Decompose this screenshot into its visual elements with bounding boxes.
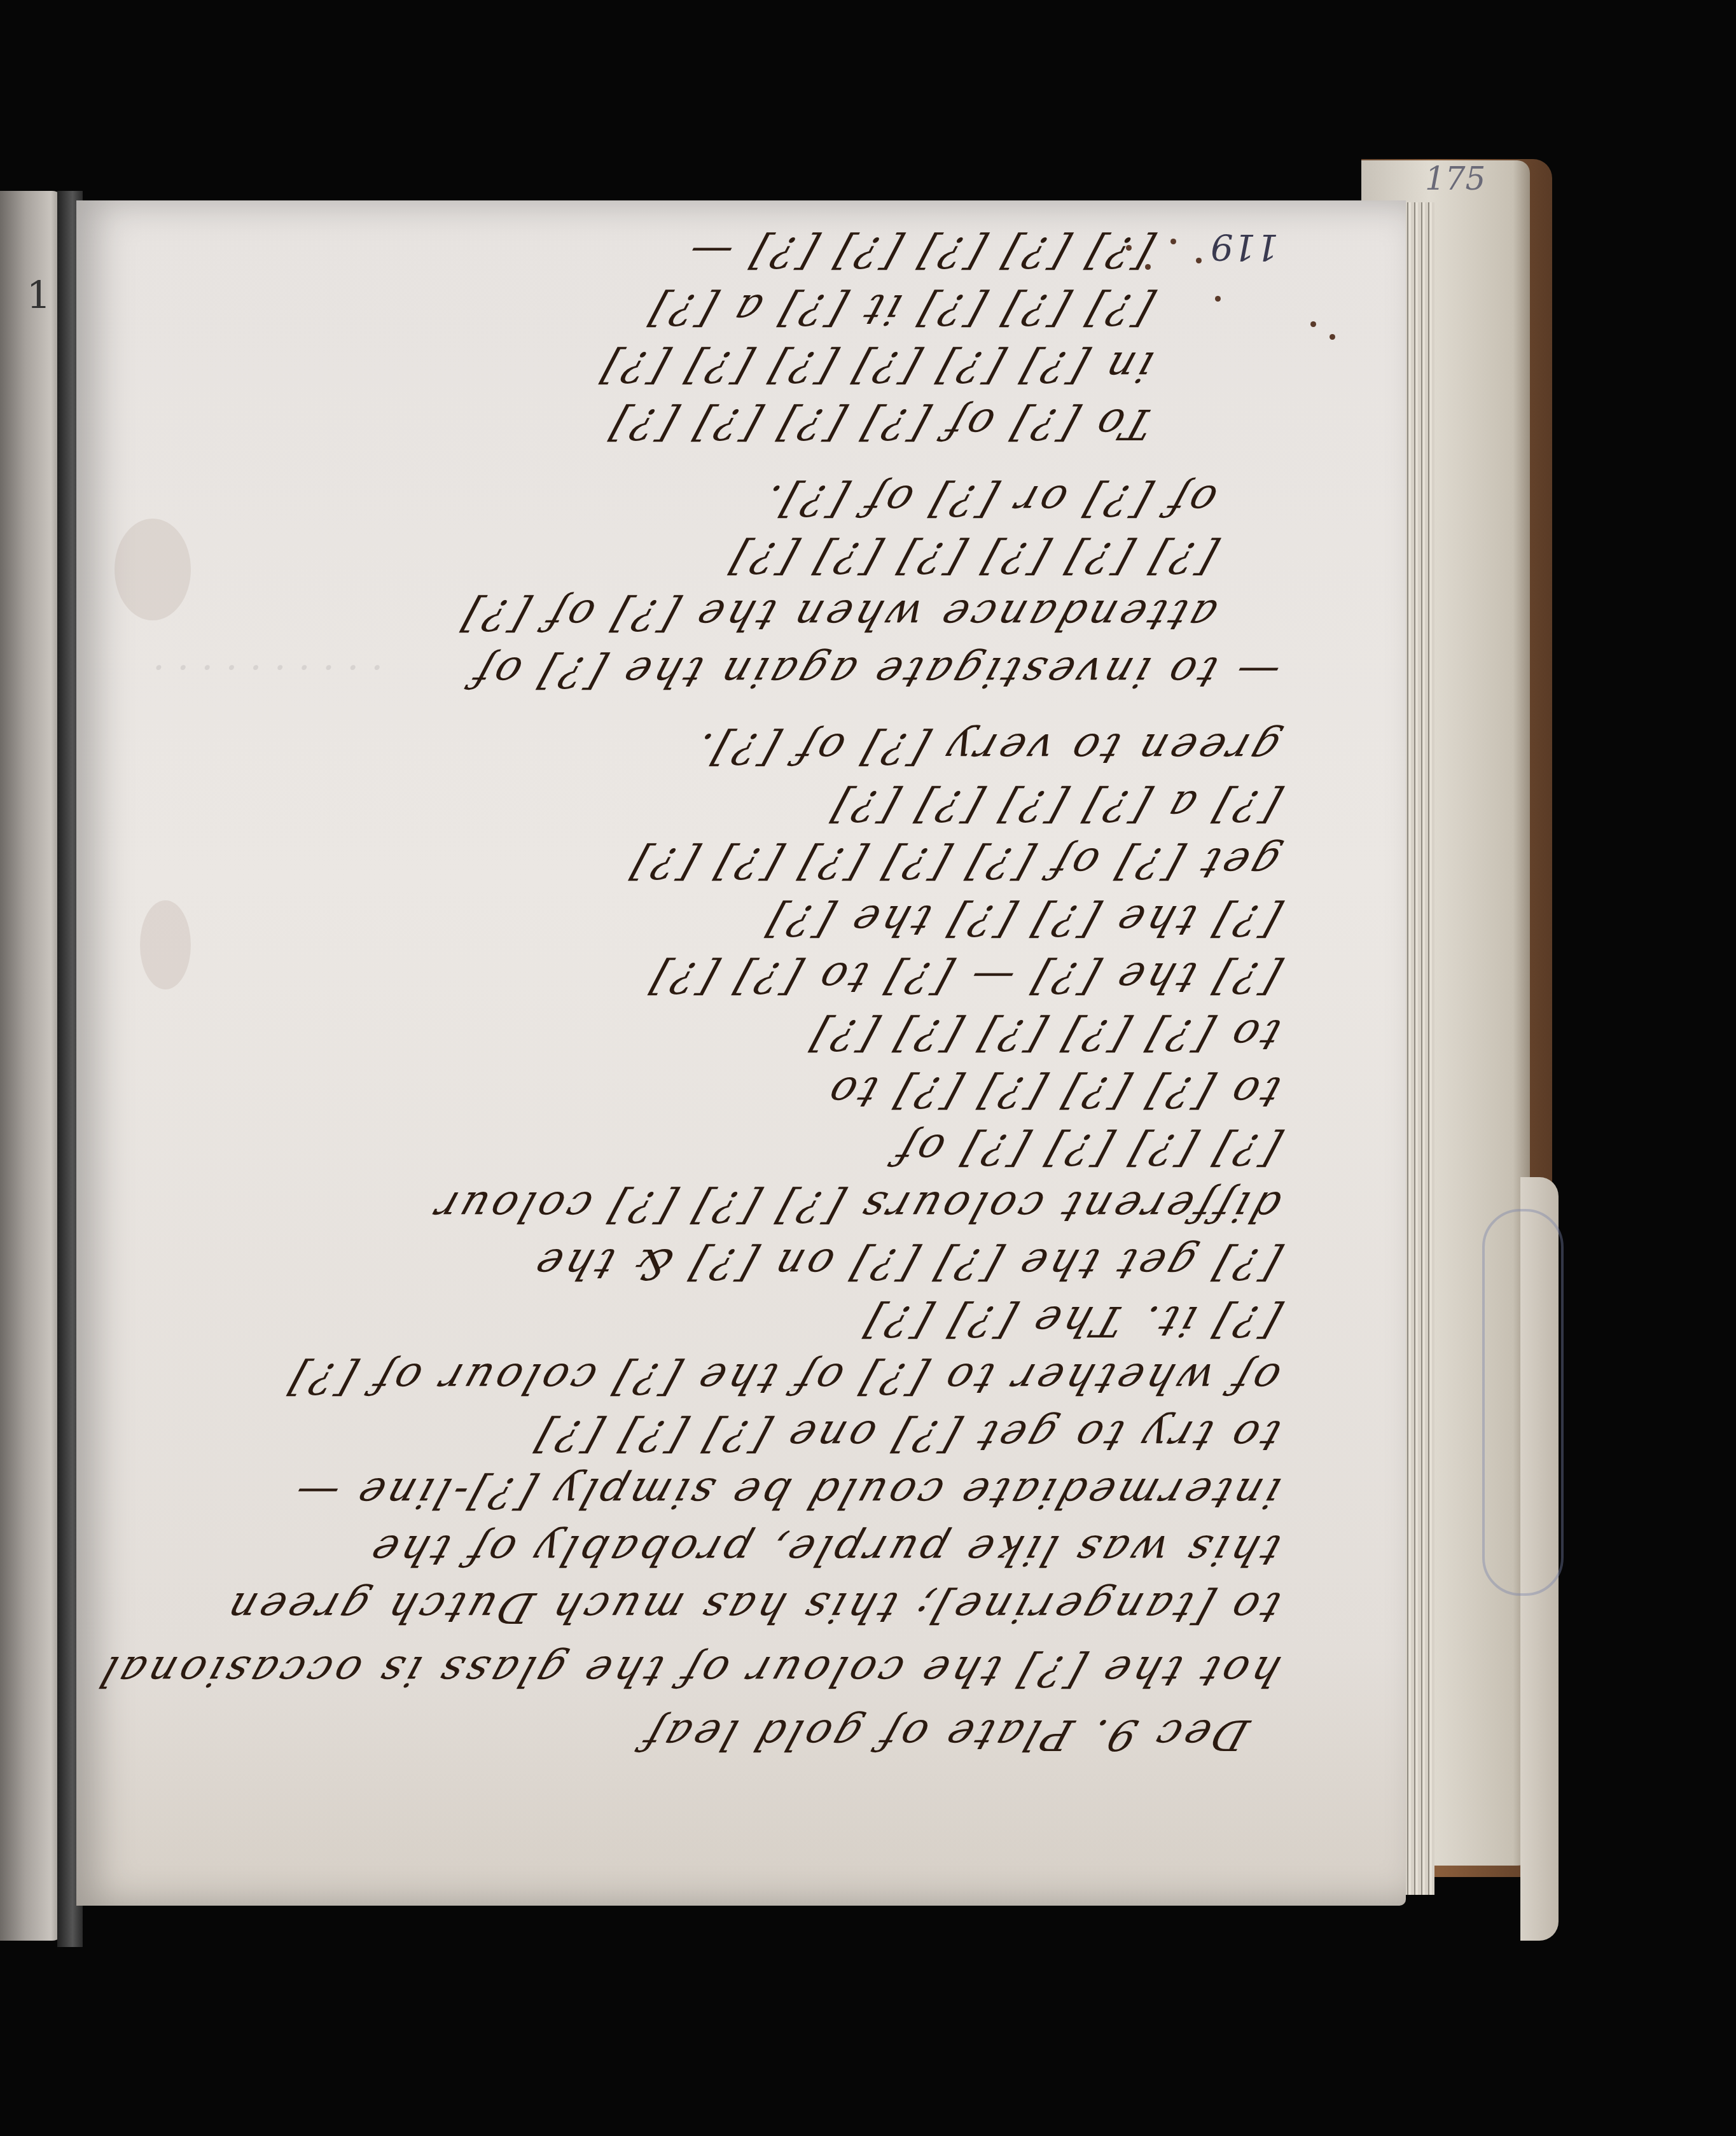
handwriting-line: of [?] or [?] of [?]. [754,476,1223,525]
handwriting-line: [?] [?] [?] [?] [?] [?] [721,533,1223,582]
ink-spatter [1120,226,1361,353]
handwriting-line: [?] get the [?] [?] on [?] & the [525,1239,1286,1288]
handwriting-line: of whether to [?] of the [?] colour of [… [280,1354,1287,1403]
handwriting-line: to try to get [?] one [?] [?] [?] [526,1411,1286,1460]
handwriting-line: [?] [?] [?] [?] [?] — [678,228,1159,277]
handwriting-line: Dec 9. Plate of gold leaf [634,1710,1255,1759]
handwriting-line: green to very [?] of [?]. [686,724,1287,773]
handwriting-line: in [?] [?] [?] [?] [?] [?] [592,342,1160,391]
handwriting-line: to [?] [?] [?] [?] to [819,1068,1287,1117]
handwriting-line: [?] the [?] — [?] to [?] [?] [641,953,1287,1002]
left-margin-mark: 1 [27,274,51,318]
handwriting-line: this was like purple, probably of the [361,1526,1287,1575]
slip-pencil-scribble [1482,1209,1564,1596]
handwriting-line: [?] [?] [?] it [?] a [?] [640,285,1159,334]
handwriting-line: hot the [?] the colour of the glass is o… [91,1647,1287,1696]
handwriting-line: [?] the [?] [?] the [?] [758,896,1287,945]
handwriting-line: To [?] of [?] [?] [?] [?] [601,400,1159,449]
left-page-edge: 1 [0,191,64,1941]
notebook-page: 119 · · · · · · · · · · Dec 9. Plate of … [76,200,1406,1906]
handwriting-line: to [?] [?] [?] [?] [?] [802,1010,1287,1059]
handwriting-line: [?] [?] [?] [?] of [887,1125,1287,1174]
handwriting-line: [?] a [?] [?] [?] [?] [823,781,1287,830]
handwriting-line: — to investigate again the [?] of [464,648,1287,697]
handwriting-line: get [?] of [?] [?] [?] [?] [?] [621,839,1286,888]
handwriting-line: attendance when the [?] of [?] [453,590,1223,639]
photo-background: 1 175 119 · · · · · · · · · · Dec 9. Pla… [0,0,1736,2136]
handwriting-line: different colours [?] [?] [?] colour [425,1182,1287,1231]
handwriting-line: intermediate could be simply [?]-line — [284,1469,1287,1518]
back-folio-number: 175 [1425,160,1485,197]
handwriting-line: to [tangerine]; this has much Dutch gree… [218,1583,1287,1632]
handwriting-line: [?] it. The [?] [?] [856,1297,1287,1346]
handwritten-text-block: Dec 9. Plate of gold leaf hot the [?] th… [76,200,1406,1906]
